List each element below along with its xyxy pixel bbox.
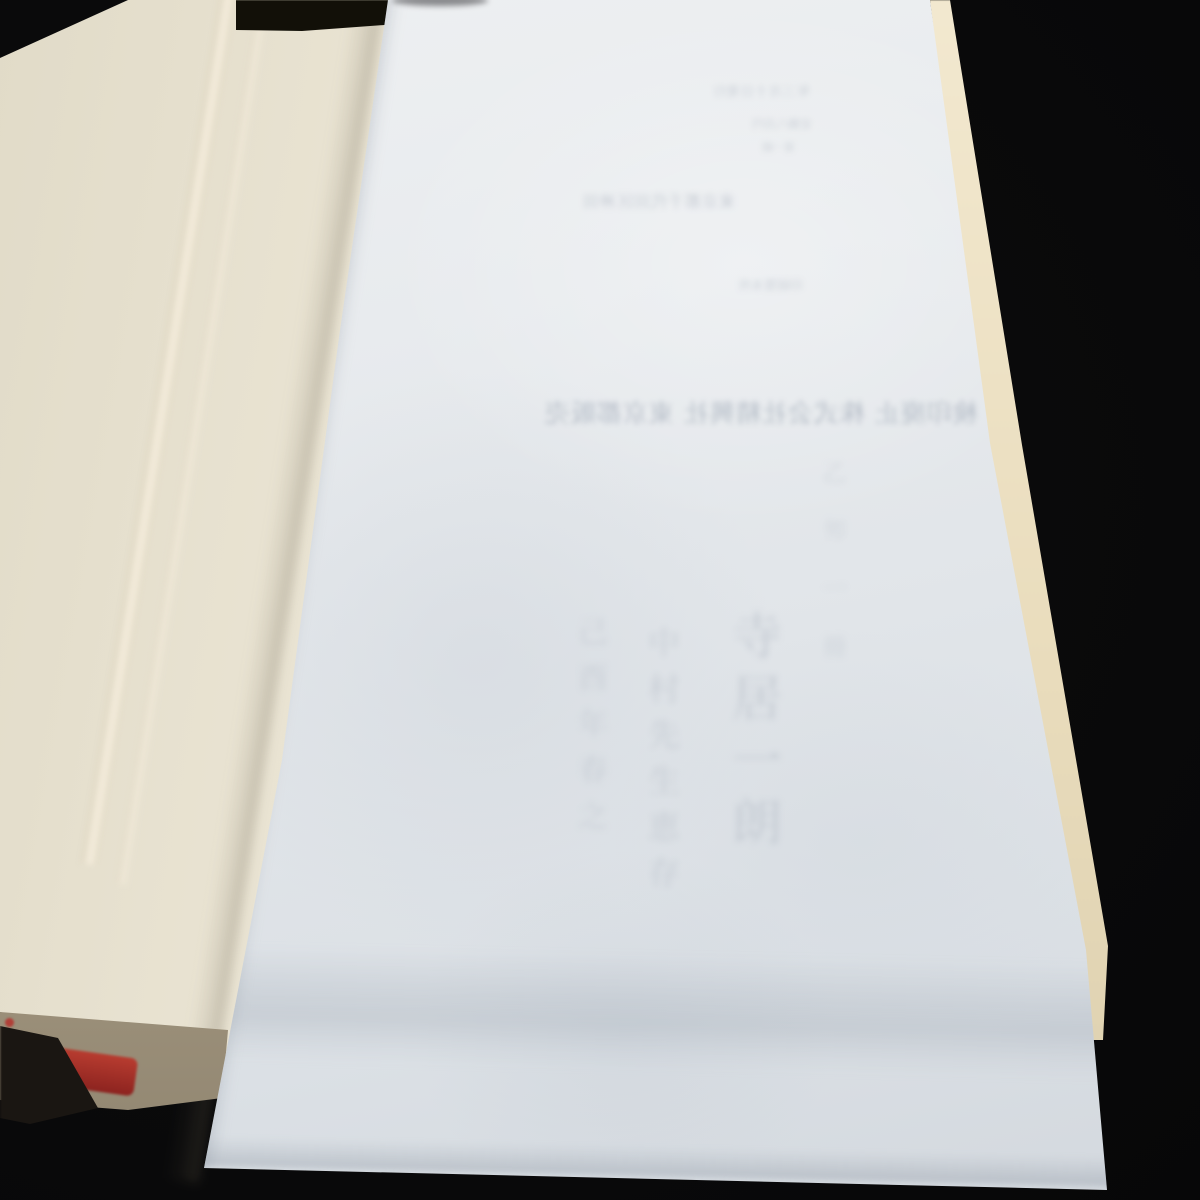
- handwriting-column: 乙夘一冊: [820, 460, 844, 692]
- show-through-printed-line: 東京都千代田区神田: [582, 194, 735, 210]
- show-through-printed-line: 年三月十日発行: [712, 86, 810, 99]
- spine-tailband-dot: [5, 1018, 14, 1027]
- handwriting-column-signature: 寺居一朗: [728, 610, 778, 858]
- show-through-printed-line: 定価八百円: [752, 118, 812, 130]
- handwriting-column: 中村先生恵存: [646, 626, 678, 902]
- book-photo: 年三月十日発行 定価八百円 第一刷 東京都千代田区神田 印刷製本所 検印廃止 株…: [0, 0, 1200, 1200]
- sheet-underlying-page-shadow: [179, 942, 1131, 1082]
- show-through-printed-line: 第一刷: [762, 142, 795, 153]
- show-through-printed-line: 検印廃止 株式会社精興社 東京都販売: [544, 401, 978, 426]
- show-through-printed-line: 印刷製本所: [738, 280, 803, 293]
- handwriting-column: 己酉年春之: [574, 616, 604, 846]
